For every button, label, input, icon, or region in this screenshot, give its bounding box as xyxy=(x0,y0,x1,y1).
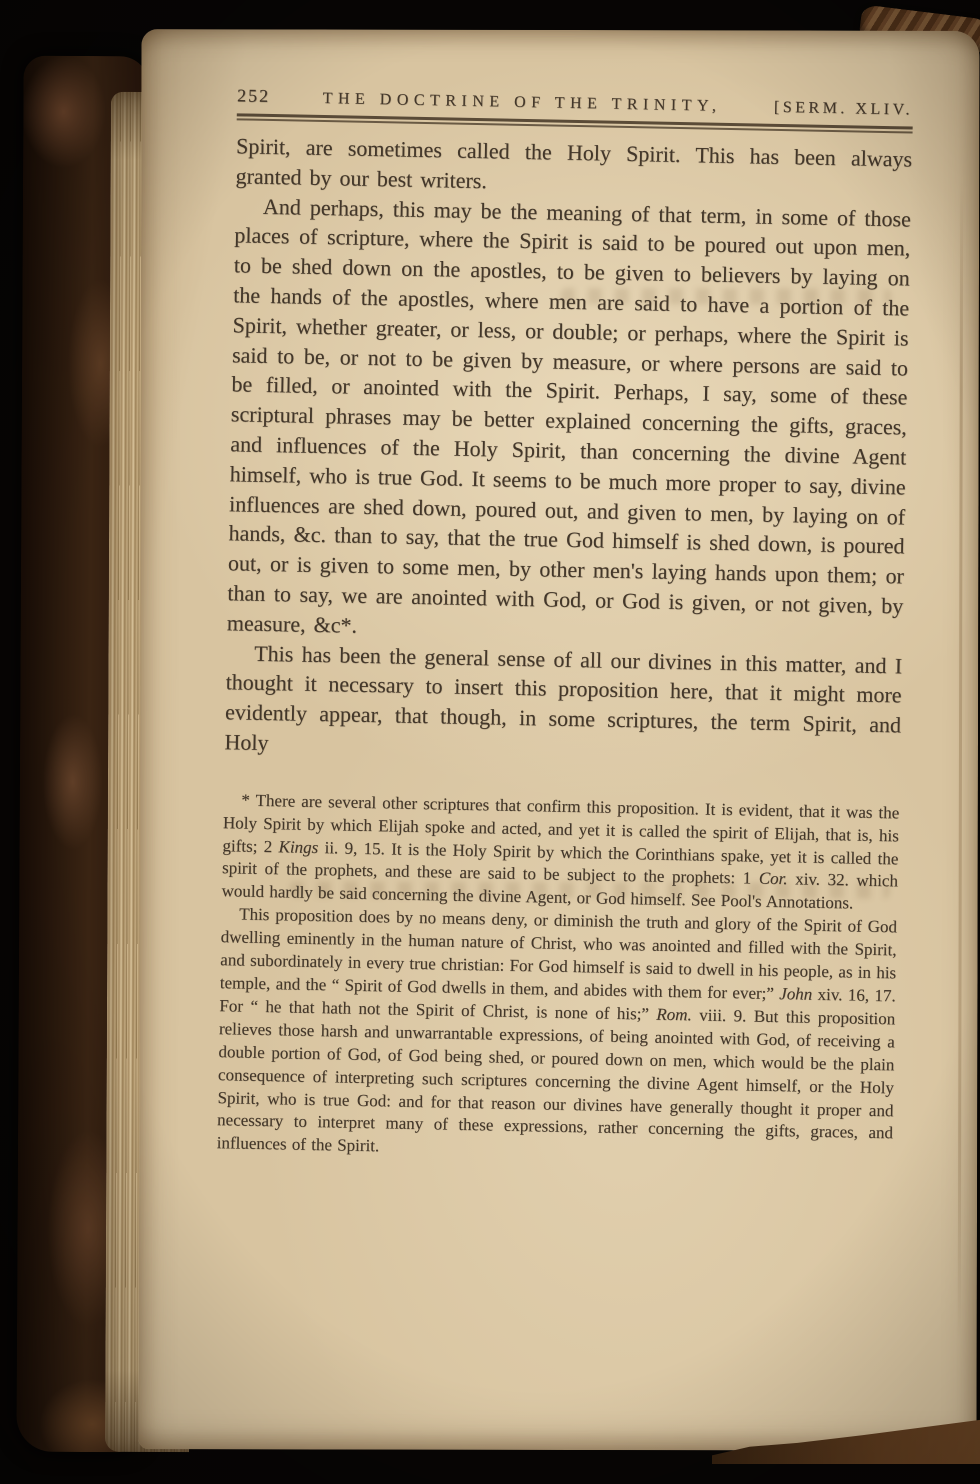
paragraph: This has been the general sense of all o… xyxy=(224,638,902,770)
text-run: And perhaps, this may be the meaning of … xyxy=(227,193,912,637)
text-run: This has been the general sense of all o… xyxy=(224,640,902,755)
sermon-number: [SERM. XLIV. xyxy=(774,99,913,120)
body-text: Spirit, are sometimes called the Holy Sp… xyxy=(224,131,912,770)
citation-italic: John xyxy=(779,984,812,1004)
paragraph: This proposition does by no means deny, … xyxy=(216,903,897,1168)
text-run: viii. 9. But this proposition relieves t… xyxy=(217,1005,896,1155)
book-page: 252 THE DOCTRINE OF THE TRINITY, [SERM. … xyxy=(139,29,980,1451)
citation-italic: Cor. xyxy=(759,869,788,889)
text-run: Spirit, are sometimes called the Holy Sp… xyxy=(235,133,912,193)
citation-italic: Kings xyxy=(278,837,318,857)
page-number: 252 xyxy=(237,85,270,107)
citation-italic: Rom. xyxy=(656,1005,692,1025)
paragraph: And perhaps, this may be the meaning of … xyxy=(227,191,912,651)
footnote-text: * There are several other scriptures tha… xyxy=(216,789,899,1169)
running-title: THE DOCTRINE OF THE TRINITY, xyxy=(322,90,721,116)
book-photo: 252 THE DOCTRINE OF THE TRINITY, [SERM. … xyxy=(0,0,980,1484)
paragraph: * There are several other scriptures tha… xyxy=(221,789,899,917)
page-content: 252 THE DOCTRINE OF THE TRINITY, [SERM. … xyxy=(216,85,913,1168)
